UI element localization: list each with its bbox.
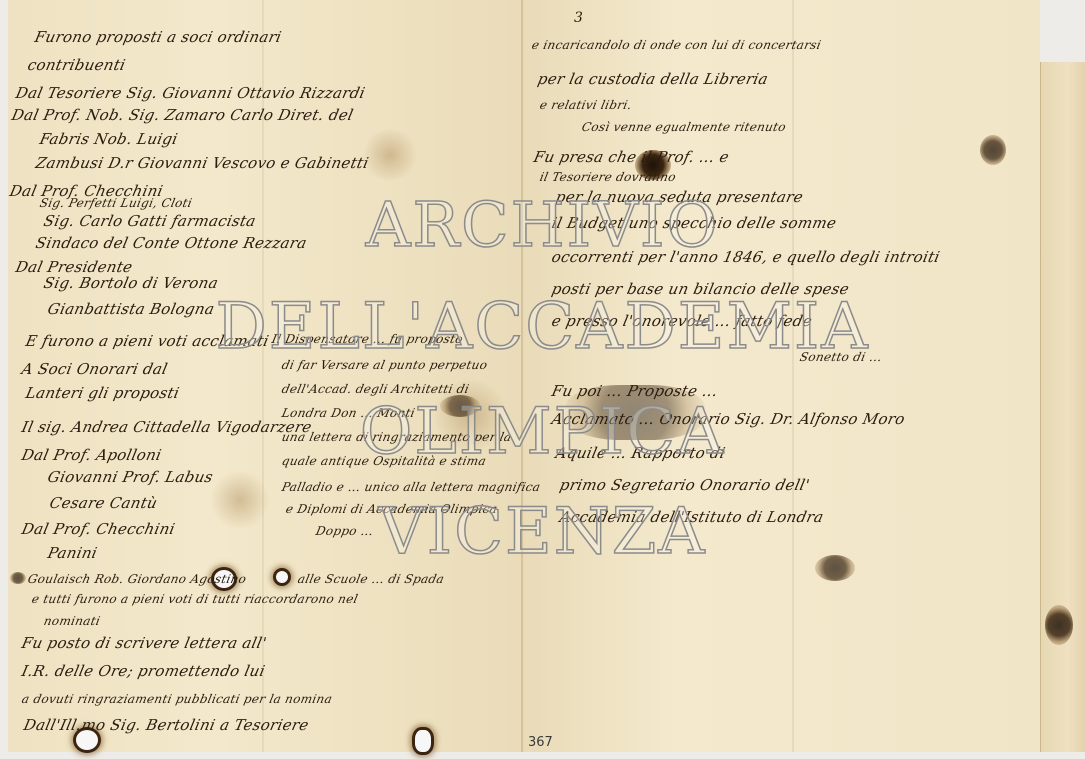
handwritten-line: Sonetto di ...: [799, 350, 884, 364]
handwritten-line: Dal Prof. Nob. Sig. Zamaro Carlo Diret. …: [10, 106, 355, 124]
handwritten-line: a dovuti ringraziamenti pubblicati per l…: [21, 692, 334, 706]
handwritten-line: Dal Prof. Checchini: [20, 520, 177, 538]
handwritten-line: A Soci Onorari dal: [20, 360, 169, 378]
handwritten-line: dell'Accad. degli Architetti di: [281, 382, 471, 396]
handwritten-line: Dal Tesoriere Sig. Giovanni Ottavio Rizz…: [14, 84, 367, 102]
handwritten-line: e Diplomi di Accademia Olimpica: [285, 502, 499, 516]
handwritten-note: alle Scuole ... di Spada: [297, 572, 446, 586]
handwritten-line: nominati: [43, 614, 102, 628]
ink-burn-spot: [815, 555, 855, 581]
page-number-top: 3: [574, 10, 583, 26]
handwritten-line: posti per base un bilancio delle spese: [550, 280, 851, 298]
handwritten-line: e presso l'onorevole ... fatto fede: [550, 312, 814, 330]
ink-burn-spot: [980, 135, 1006, 165]
handwritten-line: Cesare Cantù: [48, 494, 159, 512]
handwritten-line: Lanteri gli proposti: [24, 384, 181, 402]
handwritten-line: Fu presa che il Prof. ... e: [532, 148, 731, 166]
handwritten-line: il Budget uno specchio delle somme: [550, 214, 838, 232]
handwritten-line: per la custodia della Libreria: [536, 70, 770, 88]
handwritten-line: e relativi libri.: [539, 98, 634, 112]
handwritten-line: I.R. delle Ore; promettendo lui: [20, 662, 267, 680]
handwritten-line: Palladio e ... unico alla lettera magnif…: [281, 480, 542, 494]
handwritten-line: E furono a pieni voti acclamati: [24, 332, 271, 350]
handwritten-line: Panini: [46, 544, 99, 562]
handwritten-line: Fu posto di scrivere lettera all': [20, 634, 268, 652]
handwritten-line: e incaricandolo di onde con lui di conce…: [531, 38, 823, 52]
stain: [210, 470, 270, 530]
handwritten-line: Il sig. Andrea Cittadella Vigodarzere: [20, 418, 314, 436]
underlying-page-edge: [1040, 62, 1085, 752]
handwritten-line: di far Versare al punto perpetuo: [281, 358, 489, 372]
handwritten-line: Sig. Carlo Gatti farmacista: [42, 212, 258, 230]
handwritten-line: Doppo ...: [315, 524, 375, 538]
handwritten-line: Sig. Perfetti Luigi, Cloti: [39, 196, 194, 210]
handwritten-line: Il Dispensatore ... fu proposto: [271, 332, 465, 346]
handwritten-line: Dall'Ill.mo Sig. Bertolini a Tesoriere: [22, 716, 310, 734]
handwritten-line: Così venne egualmente ritenuto: [581, 120, 788, 134]
ink-burn-spot: [1045, 605, 1073, 645]
handwritten-line: per la nuova seduta presentare: [554, 188, 805, 206]
handwritten-line: Fu poi ... Proposte ...: [550, 382, 719, 400]
handwritten-line: quale antique Ospitalità e stima: [281, 454, 488, 468]
ink-burn-spot: [440, 395, 480, 417]
handwritten-line: e tutti furono a pieni voti di tutti ria…: [31, 592, 360, 606]
handwritten-line: Aquile ... Rapporto di: [554, 444, 727, 462]
folio-number: 367: [528, 735, 553, 750]
ink-burn-spot: [10, 572, 26, 584]
handwritten-line: Dal Prof. Apolloni: [20, 446, 163, 464]
handwritten-line: Sindaco del Conte Ottone Rezzara: [34, 234, 309, 252]
handwritten-line: Sig. Bortolo di Verona: [42, 274, 220, 292]
center-fold: [521, 0, 523, 752]
handwritten-line: Giovanni Prof. Labus: [46, 468, 215, 486]
handwritten-line: Londra Don ... Monti: [281, 406, 417, 420]
handwritten-line: primo Segretario Onorario dell': [558, 476, 811, 494]
handwritten-line: contribuenti: [26, 56, 127, 74]
right-fold-crease: [792, 0, 794, 752]
handwritten-line: Zambusi D.r Giovanni Vescovo e Gabinetti: [34, 154, 370, 172]
handwritten-line: Fabris Nob. Luigi: [38, 130, 179, 148]
paper-hole: [276, 571, 288, 583]
handwritten-line: Goulaisch Rob. Giordano Agostino: [27, 572, 248, 586]
paper-hole: [415, 730, 431, 752]
handwritten-line: Gianbattista Bologna: [46, 300, 216, 318]
handwritten-line: Acclamato ... Onorario Sig. Dr. Alfonso …: [550, 410, 907, 428]
right-page: [522, 0, 1040, 752]
handwritten-line: una lettera di ringraziamento per la: [281, 430, 514, 444]
handwritten-line: occorrenti per l'anno 1846, e quello deg…: [550, 248, 942, 266]
handwritten-line: Accademia dell'Istituto di Londra: [558, 508, 825, 526]
handwritten-line: il Tesoriere dovranno: [539, 170, 678, 184]
handwritten-line: Furono proposti a soci ordinari: [33, 28, 283, 46]
